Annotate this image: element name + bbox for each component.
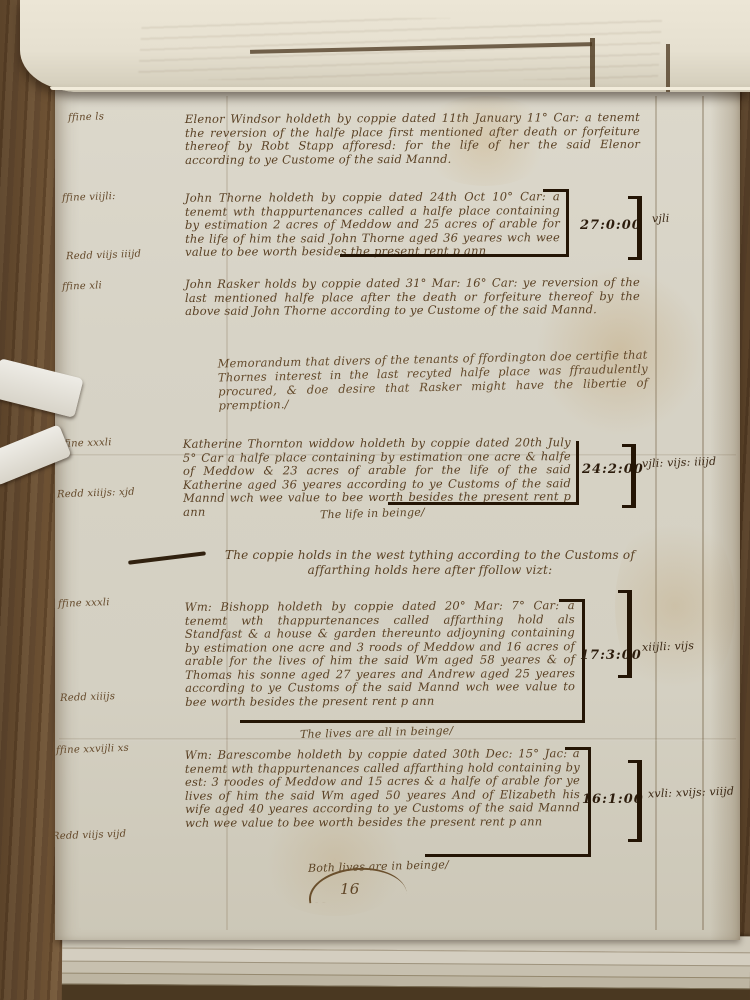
entry-john-rasker: John Rasker holds by coppie dated 31° Ma… (185, 276, 640, 318)
worth-annotation: xiijli: vijs (642, 639, 695, 654)
fine-note: ffine viijli: (62, 191, 116, 204)
value-annotation: 24:2:00 (582, 462, 644, 477)
curl-edge-highlight (50, 87, 750, 90)
memorandum: Memorandum that divers of the tenants of… (217, 348, 648, 413)
section-heading: The coppie holds in the west tything acc… (205, 548, 655, 578)
page-number: 16 (340, 880, 360, 898)
entry-wm-barescombe: Wm: Barescombe holdeth by coppie dated 3… (185, 747, 580, 830)
entry-wm-bishopp: Wm: Bishopp holdeth by coppie dated 20° … (185, 599, 575, 709)
value-annotation: 17:3:00 (580, 648, 642, 663)
fine-note: ffine xli (62, 280, 102, 292)
worth-annotation: vjli (652, 212, 670, 226)
entry-elenor-windsor: Elenor Windsor holdeth by coppie dated 1… (185, 111, 640, 167)
page-right-edge (710, 86, 740, 940)
rent-note: Redd xiiijs (60, 691, 115, 704)
fine-note: ffine xxxli (58, 597, 110, 610)
worth-annotation: vjli: vijs: iiijd (642, 455, 717, 471)
manuscript-photo: ffine ls ffine viijli: Redd viijs iiijd … (0, 0, 750, 1000)
previous-page-curl (20, 0, 750, 92)
value-annotation: 16:1:00 (582, 792, 644, 807)
bleedthrough-mark (590, 38, 595, 90)
life-note: The life in beinge/ (320, 506, 425, 522)
fine-note: ffine ls (68, 111, 104, 123)
value-annotation: 27:0:00 (580, 218, 642, 233)
bottom-page-stack (62, 932, 750, 1000)
bleedthrough-mark (666, 44, 670, 92)
fold-line (702, 96, 704, 930)
entry-john-thorne: John Thorne holdeth by coppie dated 24th… (185, 190, 560, 259)
